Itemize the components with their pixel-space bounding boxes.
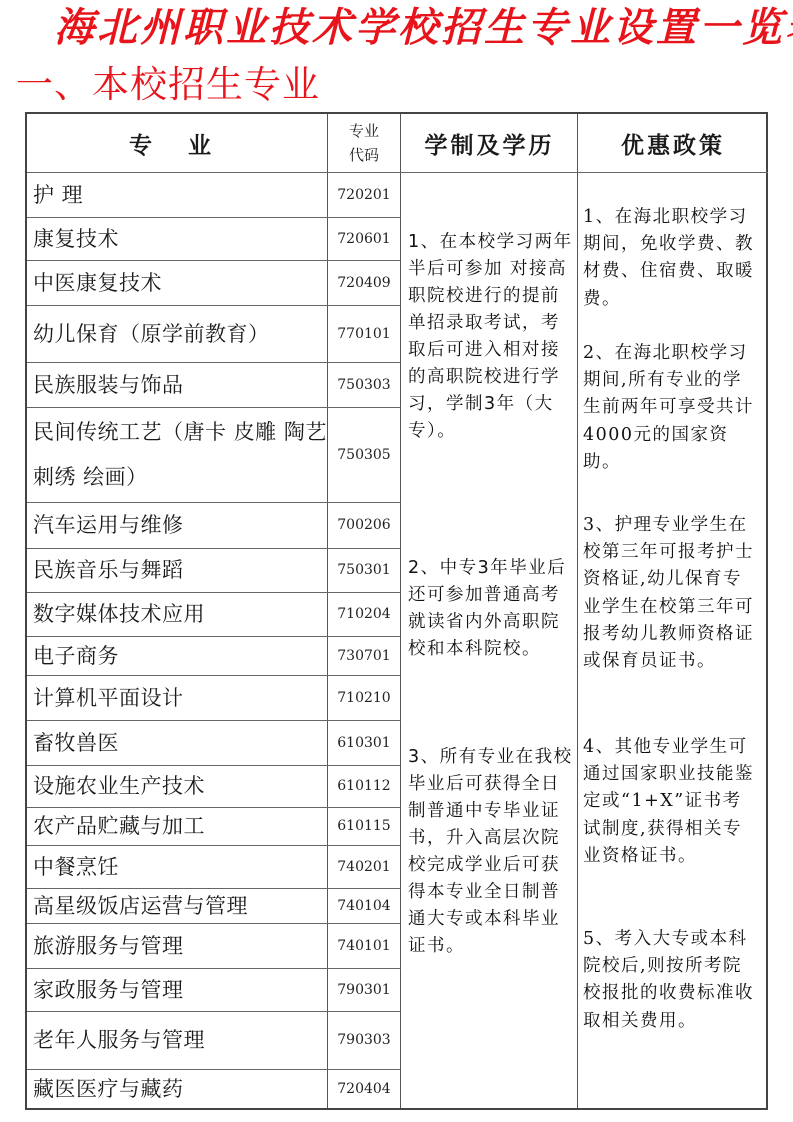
table-row-major: 民族音乐与舞蹈 xyxy=(27,548,327,592)
table-row-major: 幼儿保育（原学前教育） xyxy=(27,305,327,362)
majors-table: 专 业 专业 代码 学制及学历 优惠政策 护 理 720201 康复技术 720… xyxy=(25,112,768,1110)
table-row-code: 730701 xyxy=(327,636,401,675)
table-row-major: 藏医医疗与藏药 xyxy=(27,1069,327,1109)
system-note-3: 3、所有专业在我校毕业后可获得全日制普通中专毕业证书，升入高层次院校完成学业后可… xyxy=(408,744,574,960)
policy-note-2: 2、在海北职校学习期间,所有专业的学生前两年可享受共计4000元的国家资助。 xyxy=(583,340,759,476)
table-row-major: 数字媒体技术应用 xyxy=(27,592,327,636)
table-row-code: 720409 xyxy=(327,260,401,305)
table-row-major: 计算机平面设计 xyxy=(27,675,327,720)
table-row-code: 750303 xyxy=(327,362,401,407)
header-major: 专 业 xyxy=(27,114,327,172)
column-divider xyxy=(577,114,578,1108)
table-row-major: 电子商务 xyxy=(27,636,327,675)
table-row-major: 农产品贮藏与加工 xyxy=(27,807,327,845)
table-row-major: 设施农业生产技术 xyxy=(27,765,327,807)
table-row-major: 畜牧兽医 xyxy=(27,720,327,765)
table-row-code: 720201 xyxy=(327,172,401,217)
table-row-code: 710204 xyxy=(327,592,401,636)
table-row-code: 700206 xyxy=(327,502,401,548)
policy-note-5: 5、考入大专或本科院校后,则按所考院校报批的收费标准收取相关费用。 xyxy=(583,926,759,1035)
table-row-major: 康复技术 xyxy=(27,217,327,260)
table-row-major: 老年人服务与管理 xyxy=(27,1011,327,1069)
table-row-code: 720404 xyxy=(327,1069,401,1109)
table-row-code: 740101 xyxy=(327,923,401,968)
header-system: 学制及学历 xyxy=(401,114,578,172)
table-row-code: 710210 xyxy=(327,675,401,720)
table-row-code: 720601 xyxy=(327,217,401,260)
table-row-code: 610301 xyxy=(327,720,401,765)
header-code-line1: 专业 xyxy=(349,119,379,143)
header-code-line2: 代码 xyxy=(349,143,379,167)
table-row-major: 护 理 xyxy=(27,172,327,217)
table-row-code: 750305 xyxy=(327,407,401,502)
table-row-code: 610112 xyxy=(327,765,401,807)
table-row-code: 790303 xyxy=(327,1011,401,1069)
table-row-major: 民族服装与饰品 xyxy=(27,362,327,407)
table-row-code: 750301 xyxy=(327,548,401,592)
system-note-1: 1、在本校学习两年半后可参加 对接高职院校进行的提前单招录取考试，考取后可进入相… xyxy=(408,229,574,445)
table-row-major: 民间传统工艺（唐卡 皮雕 陶艺 刺绣 绘画） xyxy=(27,407,327,502)
table-row-major: 高星级饭店运营与管理 xyxy=(27,888,327,923)
section-heading: 一、本校招生专业 xyxy=(16,60,320,110)
policy-note-1: 1、在海北职校学习期间，免收学费、教材费、住宿费、取暖费。 xyxy=(583,204,759,313)
table-row-code: 770101 xyxy=(327,305,401,362)
table-row-code: 740104 xyxy=(327,888,401,923)
policy-note-4: 4、其他专业学生可通过国家职业技能鉴定或“1+X”证书考试制度,获得相关专业资格… xyxy=(583,734,759,870)
table-row-major: 汽车运用与维修 xyxy=(27,502,327,548)
document-title: 海北州职业技术学校招生专业设置一览表 xyxy=(54,2,793,54)
table-row-major: 家政服务与管理 xyxy=(27,968,327,1011)
table-row-major: 中餐烹饪 xyxy=(27,845,327,888)
policy-note-3: 3、护理专业学生在校第三年可报考护士资格证,幼儿保育专业学生在校第三年可报考幼儿… xyxy=(583,512,759,675)
table-row-code: 790301 xyxy=(327,968,401,1011)
header-policy: 优惠政策 xyxy=(578,114,768,172)
table-row-major: 旅游服务与管理 xyxy=(27,923,327,968)
table-row-major: 中医康复技术 xyxy=(27,260,327,305)
table-row-code: 610115 xyxy=(327,807,401,845)
table-row-code: 740201 xyxy=(327,845,401,888)
system-note-2: 2、中专3年毕业后还可参加普通高考就读省内外高职院校和本科院校。 xyxy=(408,555,574,663)
header-code: 专业 代码 xyxy=(327,114,401,172)
